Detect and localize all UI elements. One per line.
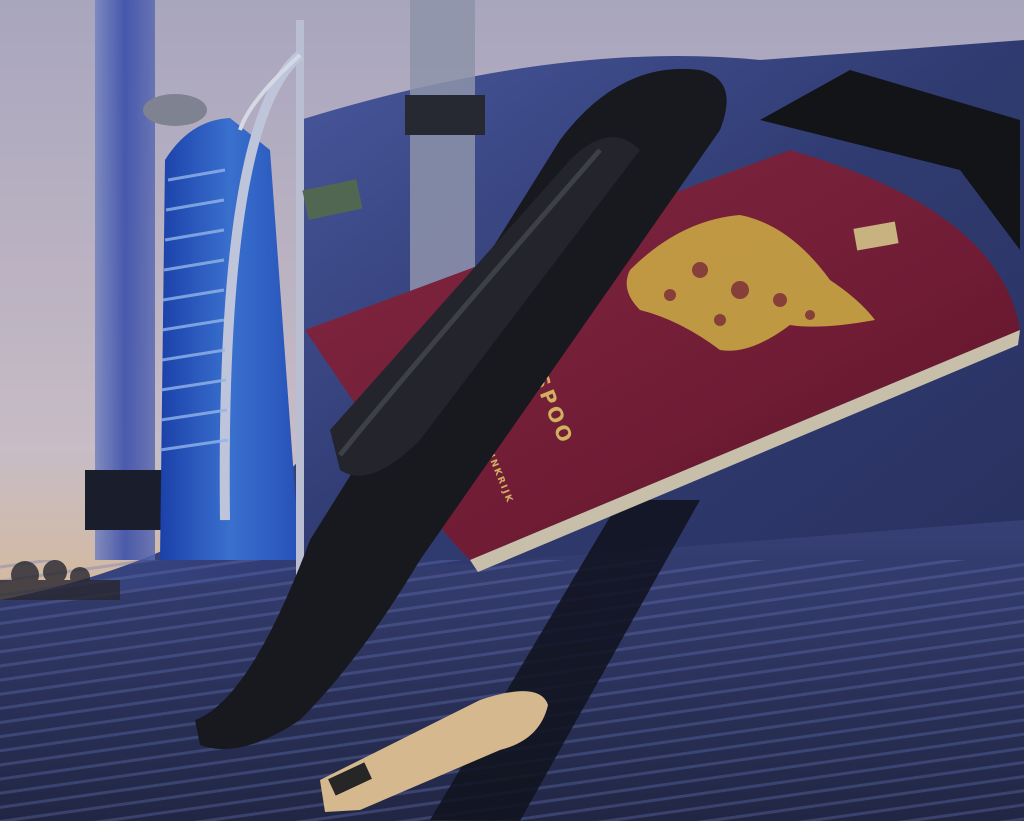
- photo-scene: PASPOO KONINKRIJK: [0, 0, 1024, 821]
- photo-canvas: PASPOO KONINKRIJK: [0, 0, 1024, 821]
- vignette: [0, 0, 1024, 821]
